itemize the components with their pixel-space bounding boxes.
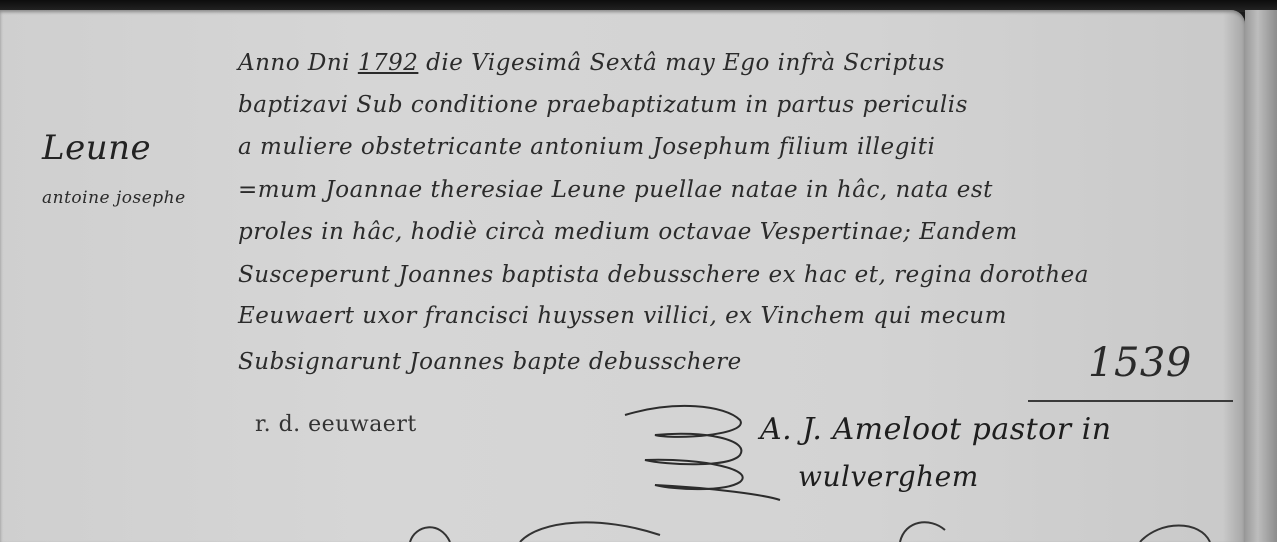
pastor-signature-line-2: wulverghem [798, 460, 979, 493]
entry-line-2: baptizavi Sub conditione praebaptizatum … [238, 92, 968, 118]
pastor-signature-line-1: A. J. Ameloot pastor in [760, 412, 1112, 447]
entry-line-7: Eeuwaert uxor francisci huyssen villici,… [238, 303, 1007, 329]
page-edge [1245, 10, 1277, 542]
witness-signature: r. d. eeuwaert [255, 412, 417, 437]
margin-given-names: antoine josephe [42, 188, 186, 208]
entry-line-1-prefix: Anno Dni [238, 50, 358, 76]
entry-line-5: proles in hâc, hodiè circà medium octava… [238, 219, 1018, 245]
entry-line-1: Anno Dni 1792 die Vigesimâ Sextâ may Ego… [238, 50, 945, 76]
entry-line-3: a muliere obstetricante antonium Josephu… [238, 134, 935, 160]
margin-surname: Leune [42, 128, 151, 168]
record-number-rule [1028, 400, 1233, 402]
entry-year: 1792 [358, 50, 419, 76]
record-number: 1539 [1088, 340, 1192, 386]
entry-line-6: Susceperunt Joannes baptista debusschere… [238, 262, 1089, 288]
entry-line-4: =mum Joannae theresiae Leune puellae nat… [238, 177, 993, 203]
next-entry-partial-strokes [400, 515, 1250, 542]
entry-line-8: Subsignarunt Joannes bapte debusschere [238, 349, 742, 375]
entry-line-1-suffix: die Vigesimâ Sextâ may Ego infrà Scriptu… [418, 50, 945, 76]
